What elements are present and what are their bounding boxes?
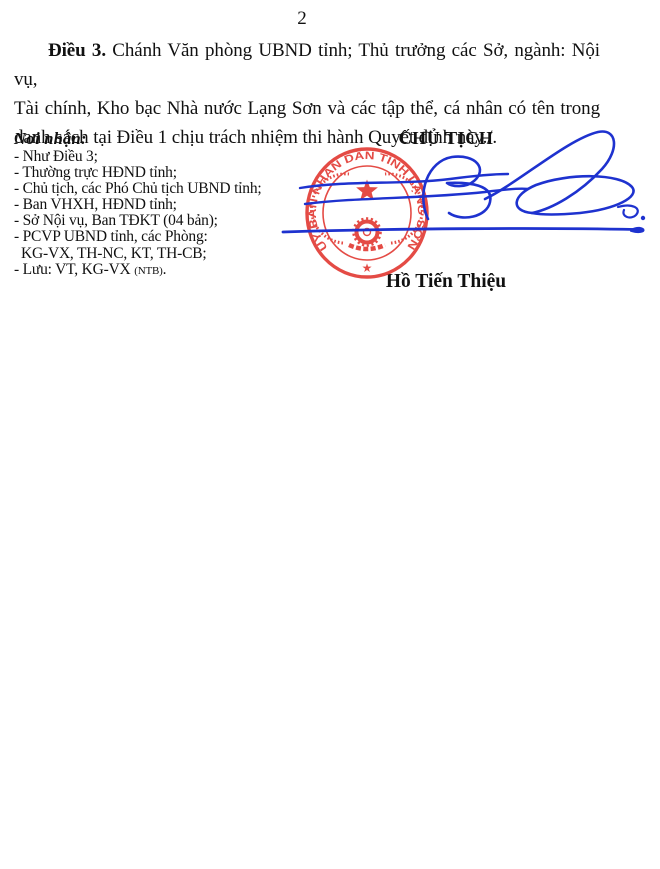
signature-ink xyxy=(280,125,658,240)
seal-bottom-star-icon: ★ xyxy=(362,261,373,275)
page-number: 2 xyxy=(0,8,604,30)
recipient-item: - Sở Nội vụ, Ban TĐKT (04 bản); xyxy=(14,213,314,229)
recipient-item: - Như Điều 3; xyxy=(14,149,314,165)
recipient-note: (NTB) xyxy=(134,265,162,277)
recipient-item: - PCVP UBND tỉnh, các Phòng: xyxy=(14,229,314,245)
recipient-item: KG-VX, TH-NC, KT, TH-CB; xyxy=(14,246,314,262)
recipients-list: - Như Điều 3;- Thường trực HĐND tỉnh;- C… xyxy=(14,149,314,279)
document-page: 2 Điều 3. Chánh Văn phòng UBND tỉnh; Thủ… xyxy=(0,0,660,869)
recipient-item: - Ban VHXH, HĐND tỉnh; xyxy=(14,197,314,213)
recipient-item: - Lưu: VT, KG-VX (NTB). xyxy=(14,262,314,279)
recipient-item: - Chủ tịch, các Phó Chủ tịch UBND tỉnh; xyxy=(14,181,314,197)
signature-scribble-icon xyxy=(283,132,645,234)
recipient-item: - Thường trực HĐND tỉnh; xyxy=(14,165,314,181)
article-line: Tài chính, Kho bạc Nhà nước Lạng Sơn và … xyxy=(14,94,600,123)
article-lead: Điều 3. xyxy=(48,40,106,61)
recipients-block: Nơi nhận: - Như Điều 3;- Thường trực HĐN… xyxy=(14,129,314,279)
article-line: Điều 3. Chánh Văn phòng UBND tỉnh; Thủ t… xyxy=(14,36,600,94)
recipients-header: Nơi nhận: xyxy=(14,129,314,149)
